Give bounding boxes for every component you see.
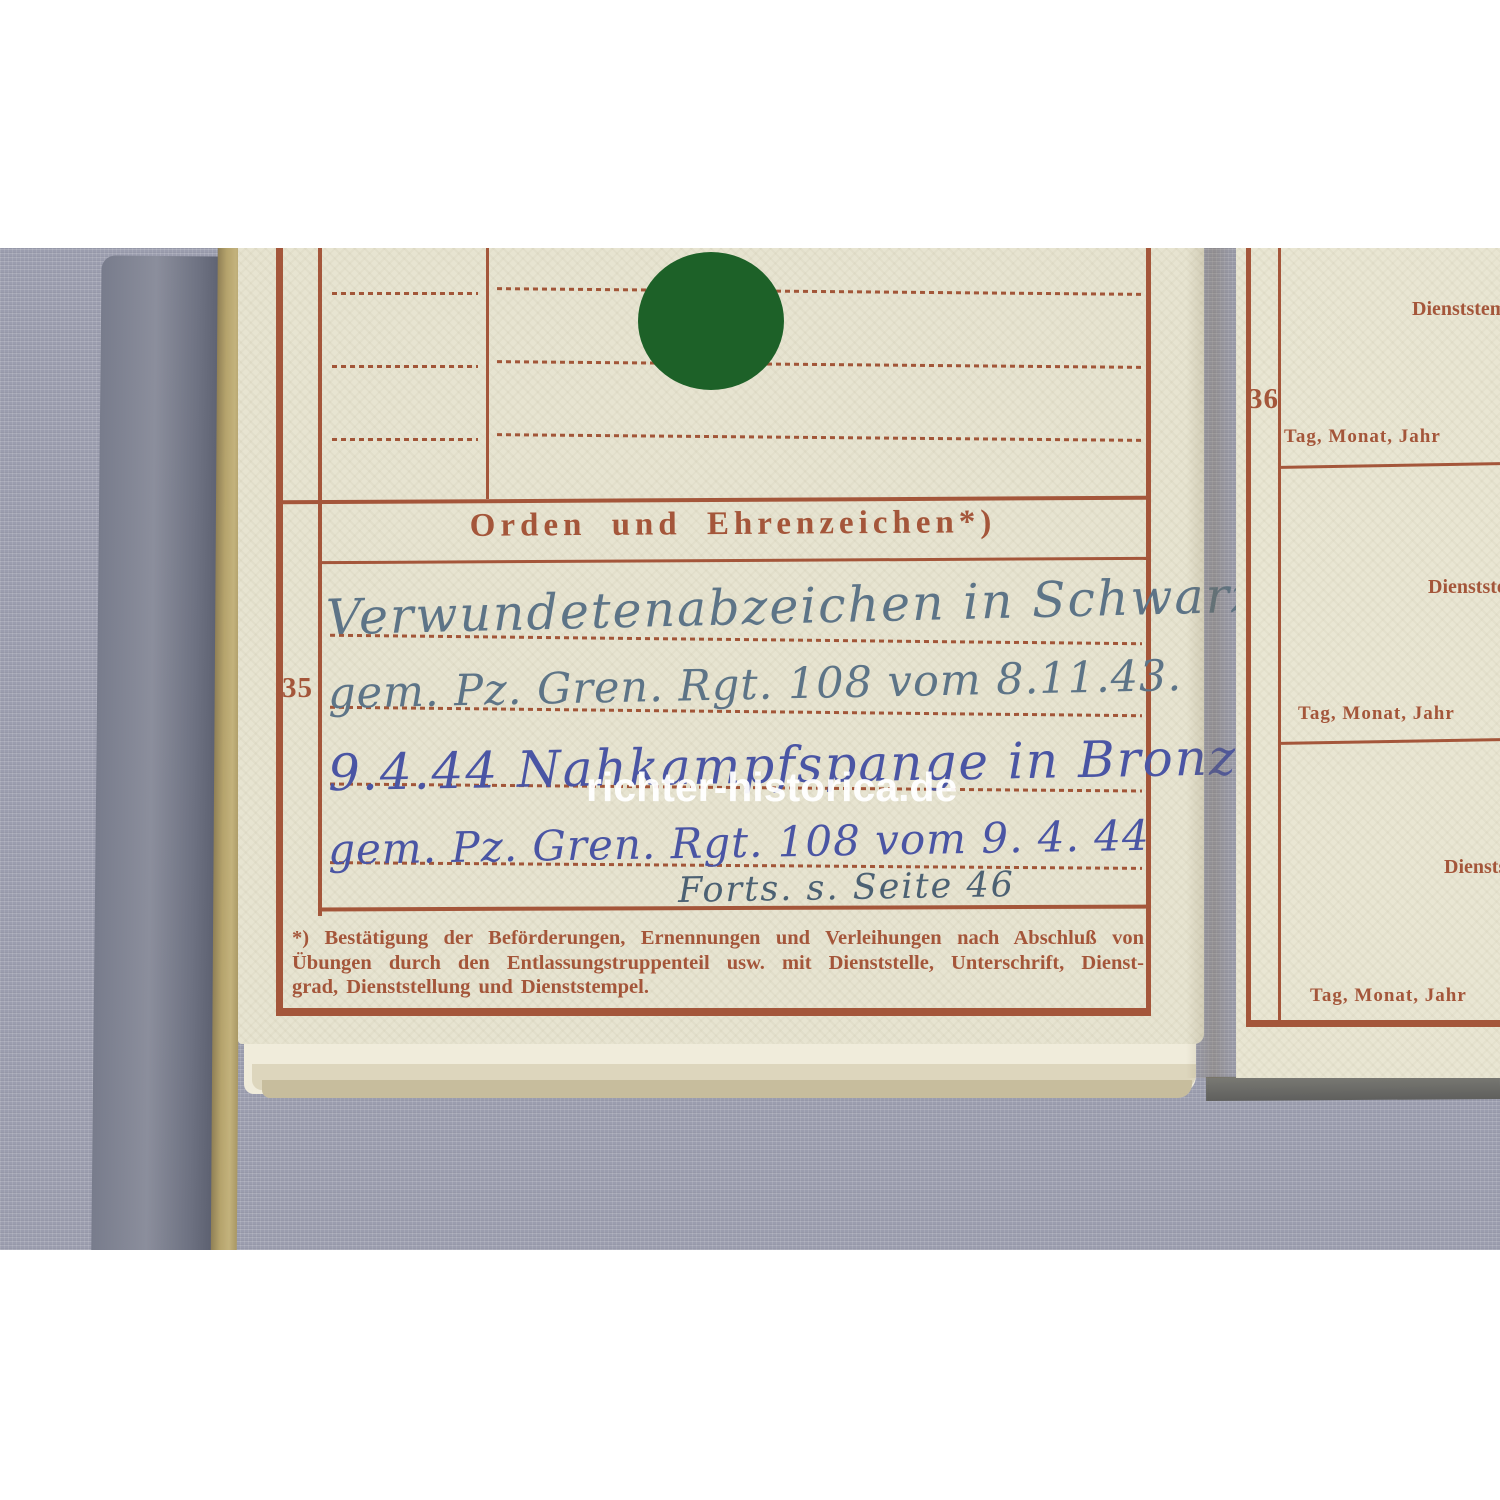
left-page-outer-border-bottom [276, 1008, 1151, 1016]
left-page-number: 35 [282, 672, 313, 705]
watermark-text: richter-historica.de [586, 764, 957, 811]
product-photo-canvas: Orden und Ehrenzeichen*) 35 Verwundetena… [0, 0, 1500, 1500]
stamp-field-label: Dienststempel [1412, 298, 1500, 321]
top-table-dotted-row [332, 365, 478, 368]
left-page-margin-line [318, 248, 322, 916]
stamp-field-label: Dienststempel [1444, 856, 1500, 879]
handwritten-entry-5: Forts. s. Seite 46 [678, 865, 1016, 911]
book-cover-edge-left [90, 255, 223, 1250]
right-page [1236, 248, 1500, 1078]
date-field-label: Tag, Monat, Jahr [1284, 426, 1441, 448]
footnote-line: *) Bestätigung der Beförderungen, Ernenn… [292, 926, 1144, 951]
stamp-field-label: Dienststempel [1428, 576, 1500, 599]
page-stack-band [262, 1080, 1192, 1098]
orden-section-title: Orden und Ehrenzeichen*) [320, 503, 1146, 546]
green-dot-sticker [638, 252, 784, 390]
right-page-outer-border-left [1246, 248, 1251, 1027]
top-table-dotted-row [332, 292, 478, 295]
footnote-line: Übungen durch den Entlassungstruppenteil… [292, 951, 1144, 976]
left-page-outer-border-left [276, 248, 283, 1016]
date-field-label: Tag, Monat, Jahr [1298, 703, 1455, 725]
left-page-border-right [1146, 248, 1151, 1016]
right-page-outer-border-bottom [1246, 1020, 1500, 1027]
right-page-number: 36 [1248, 383, 1279, 416]
footnote-line: grad, Dienststellung und Dienststempel. [292, 975, 1144, 1000]
date-field-label: Tag, Monat, Jahr [1310, 985, 1467, 1007]
footnote: *) Bestätigung der Beförderungen, Ernenn… [292, 926, 1144, 1000]
top-table-column-divider [486, 248, 489, 499]
top-table-dotted-row [332, 438, 478, 441]
book-cover-edge-bottom-right [1206, 1075, 1500, 1101]
right-page-margin-line [1278, 248, 1281, 1027]
photo-of-wehrpass: Orden und Ehrenzeichen*) 35 Verwundetena… [0, 248, 1500, 1250]
